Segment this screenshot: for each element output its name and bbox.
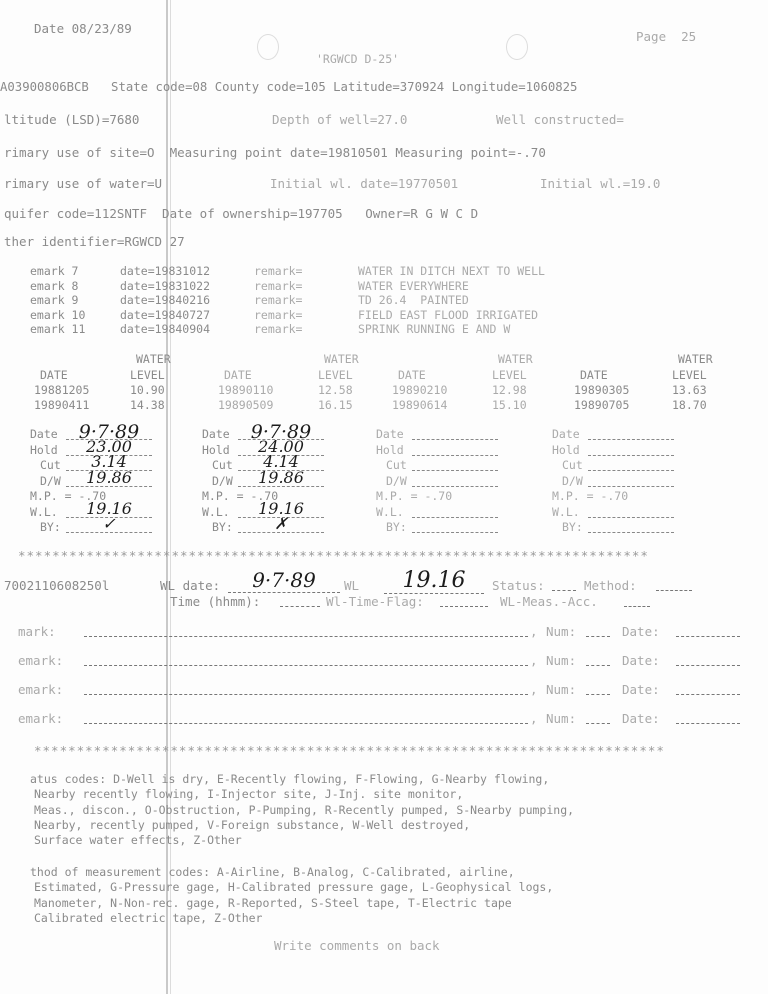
water-header: WATER <box>678 352 713 366</box>
depth-of-well: Depth of well=27.0 <box>272 112 407 127</box>
time-label: Time (hhmm): <box>170 594 260 609</box>
remark-text: FIELD EAST FLOOD IRRIGATED <box>358 308 538 322</box>
level-header: LEVEL <box>492 368 527 382</box>
remark-label: emark 10 <box>30 308 85 322</box>
initial-wl-date: Initial wl. date=19770501 <box>270 176 458 191</box>
remark-line-label: emark: <box>18 653 63 668</box>
status-code-line: Surface water effects, Z-Other <box>34 833 242 847</box>
table-level: 14.38 <box>130 398 165 412</box>
table-date: 19890210 <box>392 383 447 397</box>
date-label: Date: <box>622 711 660 726</box>
remark-line-field[interactable] <box>84 665 528 666</box>
date-field[interactable] <box>676 636 740 637</box>
well-constructed: Well constructed= <box>496 112 624 127</box>
date-field[interactable] <box>676 694 740 695</box>
entry-label-wl: W.L. <box>552 505 580 519</box>
entry-label-hold: Hold <box>552 443 580 457</box>
entry-label-by: BY: <box>562 520 583 534</box>
entry-label-wl: W.L. <box>202 505 230 519</box>
comma: , <box>530 624 538 639</box>
table-level: 10.90 <box>130 383 165 397</box>
table-date: 19890305 <box>574 383 629 397</box>
status-field[interactable] <box>552 590 576 591</box>
remark-text: TD 26.4 PAINTED <box>358 293 469 307</box>
status-code-line: atus codes: D-Well is dry, E-Recently fl… <box>30 772 549 786</box>
date-header: DATE <box>224 368 252 382</box>
aquifer-code: quifer code=112SNTF Date of ownership=19… <box>4 206 478 221</box>
remark-text: WATER EVERYWHERE <box>358 279 469 293</box>
remark-key: remark= <box>254 293 302 307</box>
entry-label-cut: Cut <box>562 458 583 472</box>
entry-label-wl: W.L. <box>376 505 404 519</box>
wl-meas-acc-field[interactable] <box>624 606 650 607</box>
entry-label-dw: D/W <box>562 474 583 488</box>
level-header: LEVEL <box>130 368 165 382</box>
entry-label-date: Date <box>376 427 404 441</box>
wl-meas-acc-label: WL-Meas.-Acc. <box>500 594 598 609</box>
water-header: WATER <box>324 352 359 366</box>
wl-field[interactable]: 19.16 <box>384 568 484 594</box>
entry-label-by: BY: <box>386 520 407 534</box>
primary-use-water: rimary use of water=U <box>4 176 162 191</box>
date-label: Date: <box>622 682 660 697</box>
time-field[interactable] <box>280 606 320 607</box>
table-level: 16.15 <box>318 398 353 412</box>
table-date: 19881205 <box>34 383 89 397</box>
num-label: Num: <box>546 653 576 668</box>
method-code-line: Manometer, N-Non-rec. gage, R-Reported, … <box>34 896 512 910</box>
remark-line-label: emark: <box>18 711 63 726</box>
table-date: 19890411 <box>34 398 89 412</box>
method-label: Method: <box>584 578 637 593</box>
status-code-line: Nearby, recently pumped, V-Foreign subst… <box>34 818 470 832</box>
page-number: Page 25 <box>636 29 696 44</box>
remark-key: remark= <box>254 308 302 322</box>
entry-by-field[interactable] <box>588 514 674 533</box>
remark-label: emark 9 <box>30 293 85 307</box>
site-id-line: A03900806BCB State code=08 County code=1… <box>0 80 577 94</box>
remark-line-field[interactable] <box>84 723 528 724</box>
table-level: 12.98 <box>492 383 527 397</box>
entry-label-date: Date <box>552 427 580 441</box>
entry-label-cut: Cut <box>212 458 233 472</box>
separator: ****************************************… <box>34 743 665 758</box>
water-header: WATER <box>136 352 171 366</box>
wl-date-field[interactable]: 9·7·89 <box>228 568 340 593</box>
date-label: Date: <box>622 624 660 639</box>
date-header: DATE <box>40 368 68 382</box>
num-label: Num: <box>546 624 576 639</box>
entry-label-by: BY: <box>212 520 233 534</box>
entry-label-hold: Hold <box>376 443 404 457</box>
remark-date: date=19840904 <box>120 322 210 336</box>
remark-line-field[interactable] <box>84 694 528 695</box>
remark-date: date=19840216 <box>120 293 210 307</box>
date-label: Date: <box>622 653 660 668</box>
punch-hole <box>257 34 279 60</box>
remark-label: emark 8 <box>30 279 85 293</box>
entry-dw-field[interactable] <box>412 468 498 487</box>
method-code-line: Estimated, G-Pressure gage, H-Calibrated… <box>34 880 553 894</box>
comma: , <box>530 653 538 668</box>
comma: , <box>530 682 538 697</box>
entry-label-dw: D/W <box>40 474 61 488</box>
entry-dw-field[interactable]: 19.86 <box>66 468 152 487</box>
print-date: Date 08/23/89 <box>34 21 132 36</box>
altitude: ltitude (LSD)=7680 <box>4 112 139 127</box>
primary-use-site: rimary use of site=O Measuring point dat… <box>4 145 546 160</box>
entry-label-date: Date <box>202 427 230 441</box>
remark-label: emark 7 <box>30 264 85 278</box>
status-label: Status: <box>492 578 545 593</box>
remark-text: WATER IN DITCH NEXT TO WELL <box>358 264 545 278</box>
table-date: 19890509 <box>218 398 273 412</box>
num-field[interactable] <box>586 723 610 724</box>
level-header: LEVEL <box>672 368 707 382</box>
date-field[interactable] <box>676 665 740 666</box>
table-date: 19890705 <box>574 398 629 412</box>
num-label: Num: <box>546 682 576 697</box>
status-code-line: Nearby recently flowing, I-Injector site… <box>34 787 463 801</box>
table-level: 18.70 <box>672 398 707 412</box>
entry-label-cut: Cut <box>40 458 61 472</box>
entry-label-cut: Cut <box>386 458 407 472</box>
site-number: 7002110608250l <box>4 578 109 593</box>
method-field[interactable] <box>656 590 692 591</box>
entry-label-date: Date <box>30 427 58 441</box>
date-field[interactable] <box>676 723 740 724</box>
num-label: Num: <box>546 711 576 726</box>
entry-label-dw: D/W <box>212 474 233 488</box>
punch-hole <box>506 34 528 60</box>
entry-by-field[interactable]: ✗ <box>238 514 324 533</box>
remark-date: date=19840727 <box>120 308 210 322</box>
remark-date: date=19831012 <box>120 264 210 278</box>
entry-by-field[interactable] <box>412 514 498 533</box>
remark-key: remark= <box>254 322 302 336</box>
remark-text: SPRINK RUNNING E AND W <box>358 322 510 336</box>
remark-key: remark= <box>254 279 302 293</box>
wl-time-flag-field[interactable] <box>440 606 488 607</box>
table-level: 12.58 <box>318 383 353 397</box>
entry-label-dw: D/W <box>386 474 407 488</box>
method-code-line: Calibrated electric tape, Z-Other <box>34 911 262 925</box>
remark-label: emark 11 <box>30 322 85 336</box>
table-date: 19890110 <box>218 383 273 397</box>
num-field[interactable] <box>586 694 610 695</box>
water-header: WATER <box>498 352 533 366</box>
entry-by-field[interactable]: ✓ <box>66 514 152 533</box>
level-header: LEVEL <box>318 368 353 382</box>
initial-wl: Initial wl.=19.0 <box>540 176 660 191</box>
status-code-line: Meas., discon., O-Obstruction, P-Pumping… <box>34 803 574 817</box>
comma: , <box>530 711 538 726</box>
table-date: 19890614 <box>392 398 447 412</box>
entry-dw-field[interactable]: 19.86 <box>238 468 324 487</box>
entry-label-by: BY: <box>40 520 61 534</box>
remark-line-field[interactable] <box>84 636 528 637</box>
date-header: DATE <box>580 368 608 382</box>
date-header: DATE <box>398 368 426 382</box>
num-field[interactable] <box>586 665 610 666</box>
table-level: 13.63 <box>672 383 707 397</box>
entry-label-wl: W.L. <box>30 505 58 519</box>
document-title: 'RGWCD D-25' <box>316 52 399 66</box>
table-level: 15.10 <box>492 398 527 412</box>
remark-line-label: mark: <box>18 624 56 639</box>
separator: ****************************************… <box>18 548 649 563</box>
footer-note: Write comments on back <box>274 938 440 953</box>
entry-dw-field[interactable] <box>588 468 674 487</box>
entry-label-hold: Hold <box>202 443 230 457</box>
remark-line-label: emark: <box>18 682 63 697</box>
remark-key: remark= <box>254 264 302 278</box>
remark-date: date=19831022 <box>120 279 210 293</box>
num-field[interactable] <box>586 636 610 637</box>
entry-label-hold: Hold <box>30 443 58 457</box>
method-code-line: thod of measurement codes: A-Airline, B-… <box>30 865 515 879</box>
wl-date-label: WL date: <box>160 578 220 593</box>
wl-time-flag-label: Wl-Time-Flag: <box>326 594 424 609</box>
other-identifier: ther identifier=RGWCD 27 <box>4 234 185 249</box>
wl-label: WL <box>344 578 359 593</box>
